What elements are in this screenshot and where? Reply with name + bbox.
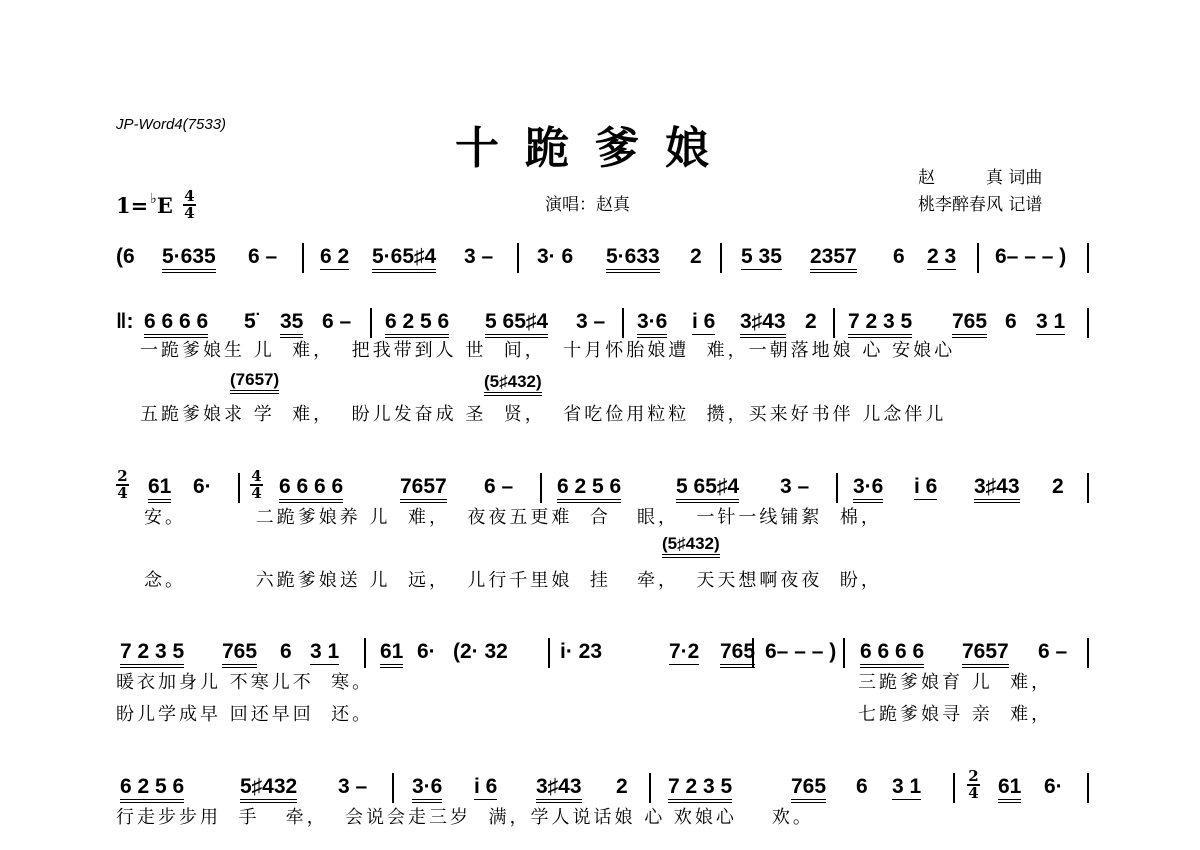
note-group: 2357: [810, 245, 857, 273]
lyric-line: 念。 六跪爹娘送 儿 远， 儿行千里娘 挂 牵， 天天想啊夜夜 盼，: [144, 566, 882, 592]
note-group: 3 –: [338, 775, 367, 799]
barline: [1087, 638, 1089, 668]
barline: [720, 243, 722, 273]
note-group: 3·6: [853, 475, 883, 503]
note-group: (6: [116, 245, 135, 269]
note-group: 6– – – ): [765, 640, 836, 664]
note-group: 2: [690, 245, 702, 269]
notation-credit: 桃李醉春风 记谱: [918, 190, 1042, 215]
note-group: 6: [893, 245, 905, 269]
note-group: 7 2 3 5: [120, 640, 184, 668]
note-group: 6 6 6 6: [860, 640, 924, 668]
note-group: 2: [616, 775, 628, 799]
note-group: 6 6 6 6: [279, 475, 343, 503]
note-group: 5 65♯4: [485, 310, 548, 338]
note-group: 6 –: [322, 310, 351, 334]
alt-note-group: (7657): [230, 370, 279, 394]
barline: [1087, 243, 1089, 273]
note-group: 6– – – ): [995, 245, 1066, 269]
alt-note-group: (5♯432): [484, 372, 542, 396]
barline: [302, 243, 304, 273]
barline: [833, 308, 835, 338]
barline: [843, 638, 845, 668]
note-group: 3·6: [637, 310, 667, 338]
key-label: 1=: [116, 193, 148, 218]
note-group: 2 3: [927, 245, 956, 270]
note-group: 3♯43: [536, 775, 582, 803]
note-group: 765: [791, 775, 826, 803]
note-group: 6 2 5 6: [557, 475, 621, 503]
singer-credit: 演唱：赵真: [545, 190, 630, 215]
note-group: 7 2 3 5: [668, 775, 732, 803]
barline: [836, 473, 838, 503]
note-group: 5·633: [606, 245, 660, 273]
note-group: 6 2 5 6: [385, 310, 449, 338]
barline: [649, 773, 651, 803]
note-group: 3♯43: [740, 310, 786, 338]
note-group: 5♯432: [240, 775, 297, 803]
note-group: 5·65♯4: [372, 245, 436, 273]
note-group: 6·: [193, 475, 212, 499]
note-group: i 6: [474, 775, 497, 800]
barline: [1087, 473, 1089, 503]
note-group: 3 1: [1036, 310, 1065, 335]
barline: [517, 243, 519, 273]
note-group: 5 65♯4: [676, 475, 739, 503]
lyric-line: 行走步步用 手 牵， 会说会走三岁 满，学人说话娘 心 欢娘心 欢。: [116, 803, 814, 829]
note-group: 3·6: [412, 775, 442, 803]
note-group: 6 –: [484, 475, 513, 499]
note-group: 61: [380, 640, 403, 668]
note-group: 765: [222, 640, 257, 668]
lyrics-music-credit: 赵 真 词曲: [918, 163, 1042, 188]
note-group: 765: [952, 310, 987, 338]
note-group: 61: [998, 775, 1021, 803]
note-group: 61: [148, 475, 171, 503]
barline: [238, 473, 240, 503]
note-group: i· 23: [560, 640, 602, 664]
note-group: i 6: [692, 310, 715, 335]
note-group: 3 1: [310, 640, 339, 665]
note-group: 3 –: [576, 310, 605, 334]
lyric-line: 一跪爹娘生 儿 难， 把我带到人 世 间， 十月怀胎娘遭 难，一朝落地娘 心 安…: [140, 336, 955, 362]
lyric-line: 暖衣加身儿 不寒儿不 寒。: [116, 668, 373, 694]
note-group: 2: [805, 310, 817, 334]
alt-note-group: (5♯432): [662, 534, 720, 558]
key-note: E: [157, 193, 173, 218]
note-group: i 6: [914, 475, 937, 500]
barline: [540, 473, 542, 503]
note-group: 3· 6: [537, 245, 573, 269]
note-group: 5·635: [162, 245, 216, 273]
note-group: 6 –: [1038, 640, 1067, 664]
barline: [364, 638, 366, 668]
song-title: 十跪爹娘: [455, 112, 735, 176]
note-group: 7 2 3 5: [848, 310, 912, 338]
barline: [953, 773, 955, 803]
barline: [977, 243, 979, 273]
note-group: 6 2: [320, 245, 349, 270]
note-group: 765: [720, 640, 755, 668]
note-group: 3 1: [892, 775, 921, 800]
note-group: 6 2 5 6: [120, 775, 184, 803]
note-group: 6 –: [248, 245, 277, 269]
barline: [370, 308, 372, 338]
note-group: 7657: [400, 475, 447, 503]
note-group: 3♯43: [974, 475, 1020, 503]
software-label: JP-Word4(7533): [116, 116, 226, 133]
note-group: 6: [856, 775, 868, 799]
note-group: 5̈: [244, 310, 256, 334]
note-group: 7·2: [669, 640, 699, 665]
note-group: 6·: [1044, 775, 1063, 799]
note-group: (2· 32: [453, 640, 508, 664]
time-signature-change: 24: [967, 770, 980, 800]
note-group: 2: [1052, 475, 1064, 499]
note-group: 6: [1005, 310, 1017, 334]
note-group: 7657: [962, 640, 1009, 668]
note-group: 6: [280, 640, 292, 664]
barline: [392, 773, 394, 803]
barline: [752, 638, 754, 668]
lyric-line: 安。 二跪爹娘养 儿 难， 夜夜五更难 合 眼， 一针一线铺絮 棉，: [144, 503, 882, 529]
flat-icon: ♭: [150, 191, 157, 207]
lyric-line: 七跪爹娘寻 亲 难，: [858, 700, 1052, 726]
barline: [622, 308, 624, 338]
lyric-line: 盼儿学成早 回还早回 还。: [116, 700, 373, 726]
time-signature: 4 4: [183, 190, 196, 220]
lyric-line: 五跪爹娘求 学 难， 盼儿发奋成 圣 贤， 省吃俭用粒粒 攒，买来好书伴 儿念伴…: [140, 400, 946, 426]
barline: [1087, 308, 1089, 338]
barline: [548, 638, 550, 668]
note-group: 5 35: [741, 245, 782, 270]
note-group: 3 –: [464, 245, 493, 269]
barline: [1087, 773, 1089, 803]
key-signature: 1= ♭ E 4 4: [116, 190, 196, 220]
note-group: 3 –: [780, 475, 809, 499]
note-group: 6·: [417, 640, 436, 664]
time-signature-change: 44: [250, 470, 263, 500]
lyric-line: 三跪爹娘育 儿 难，: [858, 668, 1052, 694]
note-group: 6 6 6 6: [144, 310, 208, 338]
note-group: ‖:: [116, 310, 133, 334]
note-group: 35: [280, 310, 303, 338]
time-signature-change: 24: [116, 470, 129, 500]
